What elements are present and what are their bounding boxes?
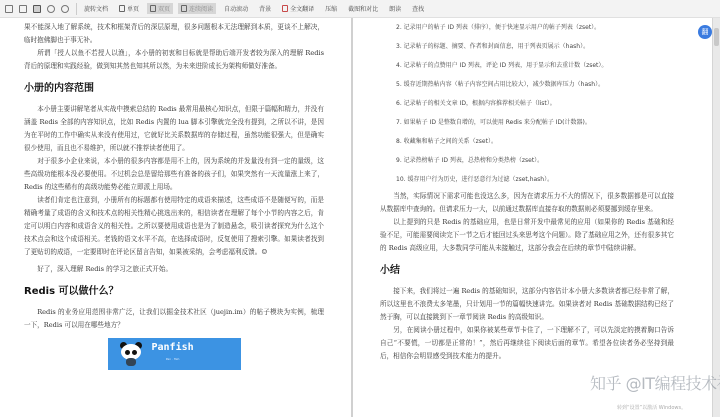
continuous-read-icon [181,5,187,12]
toolbar-divider [76,3,77,15]
list-item: 2. 记录用户的帖子 ID 列表（排序），便于快速显示用户的帖子列表（zset）… [396,23,674,32]
document-page-left: 果不能深入地了解系统，技术和框架背后的深层原理，很多问题根本无法理解到本质，更谈… [0,18,352,417]
reader-toolbar: 旋转文档 单页 双页 连续阅读 自动滚动 背景 全文翻译 压缩 截图和对比 朗读… [0,0,720,18]
watermark-text: 知乎 @IT编程技术社区 [590,371,720,394]
actual-size-icon[interactable] [33,5,41,13]
summary-paragraph: 接下来，我们将过一遍 Redis 的基础知识，这部分内容估计本小册大多数读者都已… [380,285,674,324]
intro-paragraph: 所谓「授人以鱼不若授人以渔」，本小册的初衷和目标就是帮助后端开发者较为深入的理解… [24,47,324,73]
section-heading-redis-uses: Redis 可以做什么？ [24,285,324,299]
find-button[interactable]: 查找 [409,3,427,14]
list-item: 9. 记录热榜帖子 ID 列表，总热榜和分类热榜（zset）。 [396,156,674,165]
compress-button[interactable]: 压缩 [322,3,340,14]
toolbar-label: 旋转文档 [84,4,108,13]
double-page-icon [150,5,156,12]
rotate-right-icon[interactable] [61,5,69,13]
scrollbar-thumb[interactable] [714,28,719,46]
intro-continued-text: 果不能深入地了解系统，技术和框架背后的深层原理，很多问题根本无法理解到本质，更谈… [24,21,324,47]
scope-paragraph: 本小册主要讲解笔者从实战中摸索总结的 Redis 最常用最核心知识点，但限于篇幅… [24,103,324,155]
auto-scroll-button[interactable]: 自动滚动 [221,3,251,14]
continuous-read-button[interactable]: 连续阅读 [178,3,216,14]
list-item: 6. 记录帖子的相关文章 ID，根据内容推荐相关帖子（list）。 [396,99,674,108]
rotate-left-icon[interactable] [47,5,55,13]
panfish-banner-image: Panfish Pan · fish [108,338,241,370]
toolbar-label: 全文翻译 [290,4,314,13]
windows-activation-hint: 转到“设置”以激活 Windows。 [617,404,686,411]
scope-paragraph: 读者们肯定也注意到，小册所有的标题都有使用特定的成语来描述，这些成语不是随便写的… [24,194,324,259]
toolbar-label: 查找 [412,4,424,13]
background-button[interactable]: 背景 [256,3,274,14]
list-item: 7. 如果帖子 ID 是整数自增的，可以使用 Redis 来分配帖子 ID(计数… [396,118,674,127]
banner-title: Panfish [152,342,194,353]
panda-mascot-icon [120,342,142,366]
toolbar-label: 朗读 [389,4,401,13]
toolbar-label: 压缩 [325,4,337,13]
summary-paragraph: 另，在阅读小册过程中，如果你被某些章节卡住了，一下理解不了，可以先淡定的摸着胸口… [380,324,674,363]
redis-uses-paragraph: Redis 的业务应用范围非常广泛，让我们以掘金技术社区（juejin.im）的… [24,306,324,332]
rotate-document-button[interactable]: 旋转文档 [81,3,111,14]
read-aloud-button[interactable]: 朗读 [386,3,404,14]
list-item: 3. 记录帖子的标题、摘要、作者和封面信息，用于列表页展示（hash）。 [396,42,674,51]
translate-float-button[interactable]: 翻 [698,25,712,39]
translate-icon [282,5,288,12]
toolbar-label: 连续阅读 [189,4,213,13]
list-item: 5. 缓存近期热帖内容（帖子内容空间占用比较大），减少数据库压力（hash）。 [396,80,674,89]
list-item: 10. 缓存用户行为历史，进行恶意行为过滤（zset,hash）。 [396,175,674,184]
toolbar-label: 截图和对比 [348,4,378,13]
toolbar-label: 背景 [259,4,271,13]
toolbar-label: 双页 [158,4,170,13]
screenshot-compare-button[interactable]: 截图和对比 [345,3,381,14]
list-item: 8. 收藏集和帖子之间的关系（zset）。 [396,137,674,146]
fit-page-icon[interactable] [5,5,13,13]
toolbar-label: 单页 [127,4,139,13]
list-item: 4. 记录帖子的点赞用户 ID 列表，评论 ID 列表，用于显示和去重计数（zs… [396,61,674,70]
toolbar-label: 自动滚动 [224,4,248,13]
translate-button[interactable]: 全文翻译 [279,3,317,14]
body-paragraph: 以上提到的只是 Redis 的基础应用，也是日常开发中最常见的应用（如果你的 R… [380,216,674,255]
scope-paragraph: 好了，深入理解 Redis 的学习之旅正式开始。 [24,263,324,276]
section-heading-scope: 小册的内容范围 [24,82,324,96]
single-page-icon [119,5,125,12]
vertical-scrollbar[interactable] [712,18,720,417]
scope-paragraph: 对于很多小企业来说，本小册的很多内容都是用不上的，因为系统的并发量没有到一定的量… [24,155,324,194]
section-heading-summary: 小结 [380,264,674,278]
body-paragraph: 当然，实际情况下需求可能也没这么多，因为在请求压力不大的情况下，很多数据都是可以… [380,190,674,216]
single-page-button[interactable]: 单页 [116,3,142,14]
document-page-right: 2. 记录用户的帖子 ID 列表（排序），便于快速显示用户的帖子列表（zset）… [353,18,712,417]
banner-subtitle: Pan · fish [152,353,194,366]
fit-width-icon[interactable] [19,5,27,13]
double-page-button[interactable]: 双页 [147,3,173,14]
